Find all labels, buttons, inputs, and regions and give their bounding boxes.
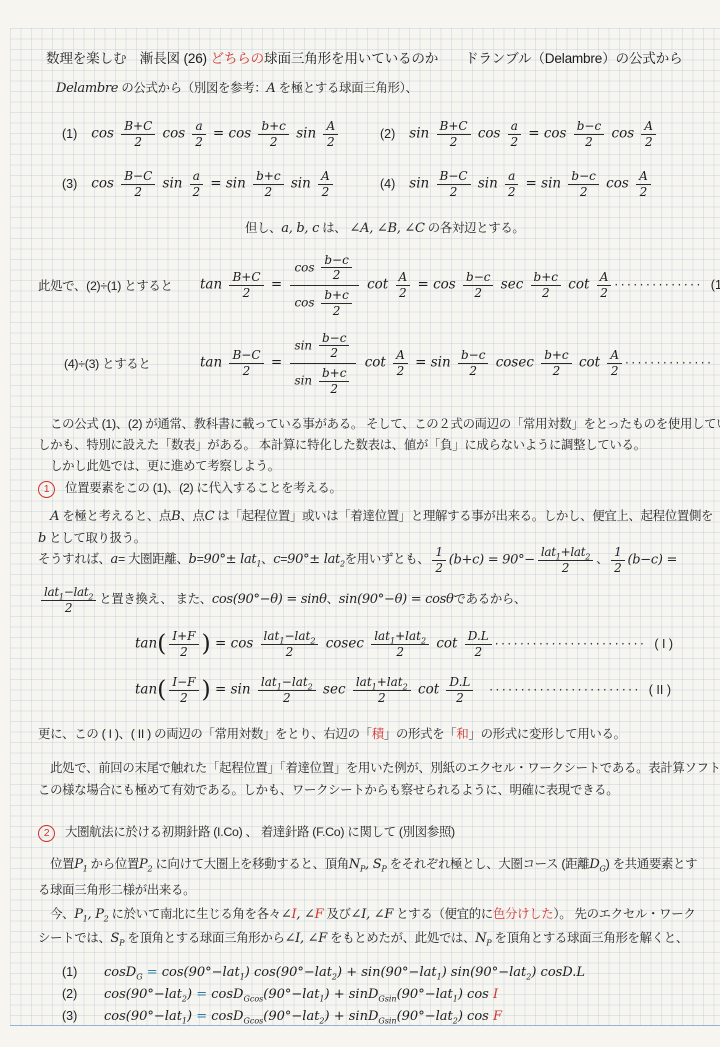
body-paragraph-line: この公式 (1)、(2) が通常、教科書に載っている事がある。 そして、この２式…: [38, 416, 720, 434]
body-paragraph-line: 位置P1 から位置P2 に向けて大圏上を移動すると、頂角NP, SP をそれぞれ…: [38, 856, 697, 875]
derive-body: tan B−C2 = sin b−c2sin b+c2 cot A2 = sin…: [200, 331, 625, 395]
side-note: 但し、a, b, c は、 ∠A, ∠B, ∠C の各対辺とする。: [245, 220, 525, 239]
nav-eq-II: tan(I−F2) = sin lat1−lat22 sec lat1+lat2…: [135, 668, 720, 712]
derive-body: tan B+C2 = cos b−c2cos b+c2 cot A2 = cos…: [200, 253, 614, 317]
body-paragraph-line: この様な場合にも極めて有効である。しかも、ワークシートからも察せられるように、明…: [38, 782, 618, 800]
derive-label: (4)÷(3) とすると: [38, 354, 200, 372]
paper-background: 数理を楽しむ 漸長図 (26) どちらの球面三角形を用いているのか ドランブル（…: [0, 0, 720, 1047]
eq-number: ( II ): [649, 683, 671, 697]
body-paragraph-line: シートでは、SP を頂角とする球面三角形から∠I, ∠F をもとめたが、此処では…: [38, 930, 688, 949]
eq-number: ( I ): [654, 637, 673, 651]
eq-number: (1): [711, 278, 720, 292]
body-paragraph-line: しかし此処では、更に進めて考察しよう。: [38, 458, 280, 476]
delambre-eq-4: (4) sin B−C2 sin a2 = sin b−c2 cos A2: [380, 162, 654, 206]
section-1-heading: 1 位置要素をこの (1)、(2) に代入することを考える。: [38, 480, 342, 498]
circled-number-2: 2: [38, 825, 55, 842]
eq-body: sin B+C2 cos a2 = cos b−c2 cos A2: [409, 120, 659, 148]
body-paragraph-line: る球面三角形二様が出来る。: [38, 882, 195, 900]
eq-body: sin B−C2 sin a2 = sin b−c2 cos A2: [409, 170, 653, 198]
eq-number: (3): [62, 1009, 90, 1023]
dotted-leader: ························: [495, 637, 647, 651]
eq-body: cosDG = cos(90°−lat1) cos(90°−lat2) + si…: [104, 965, 585, 980]
body-paragraph-line: 更に、この ( I )、( II ) の両辺の「常用対数」をとり、右辺の「積」の…: [38, 726, 626, 744]
nav-eq-I: tan(I+F2) = cos lat1−lat22 cosec lat1+la…: [135, 622, 720, 666]
section-2-text: 大圏航法に於ける初期針路 (I.Co) 、 着達針路 (F.Co) に関して (…: [65, 824, 455, 842]
eq-body: tan(I−F2) = sin lat1−lat22 sec lat1+lat2…: [135, 676, 476, 704]
eq-body: cos B+C2 cos a2 = cos b+c2 sin A2: [91, 120, 341, 148]
scanned-document-page: { "doc": { "title": "数理を楽しむ 漸長図 (26) [r]…: [0, 0, 720, 1047]
section-1-text: 位置要素をこの (1)、(2) に代入することを考える。: [65, 480, 342, 498]
dotted-leader: ··············: [614, 278, 702, 292]
final-eq-2: (2) cos(90°−lat2) = cosDGcos(90°−lat1) +…: [62, 984, 498, 1004]
derive-row-2: (4)÷(3) とすると tan B−C2 = sin b−c2sin b+c2…: [38, 328, 720, 398]
section-2-heading: 2 大圏航法に於ける初期針路 (I.Co) 、 着達針路 (F.Co) に関して…: [38, 824, 455, 842]
body-paragraph-line: A を極と考えると、点B、点C は「起程位置」或いは「着達位置」と理解する事が出…: [38, 508, 713, 527]
inline-math-line: lat1−lat22 と置き換え、 また、cos(90°−θ) = sinθ、 …: [38, 580, 720, 620]
final-eq-1: (1) cosDG = cos(90°−lat1) cos(90°−lat2) …: [62, 962, 585, 982]
eq-body: cos(90°−lat1) = cosDGcos(90°−lat2) + sin…: [104, 1009, 502, 1024]
page-title: 数理を楽しむ 漸長図 (26) どちらの球面三角形を用いているのか ドランブル（…: [46, 47, 682, 67]
delambre-eq-2: (2) sin B+C2 cos a2 = cos b−c2 cos A2: [380, 112, 659, 156]
final-eq-3: (3) cos(90°−lat1) = cosDGcos(90°−lat2) +…: [62, 1006, 502, 1026]
eq-number: (3): [62, 177, 77, 191]
eq-number: (1): [62, 127, 77, 141]
eq-body: cos(90°−lat2) = cosDGcos(90°−lat1) + sin…: [104, 987, 498, 1002]
dotted-leader: ··············: [625, 356, 713, 370]
derive-row-1: 此処で、(2)÷(1) とすると tan B+C2 = cos b−c2cos …: [38, 250, 720, 320]
delambre-eq-1: (1) cos B+C2 cos a2 = cos b+c2 sin A2: [62, 112, 341, 156]
circled-number-1: 1: [38, 481, 55, 498]
eq-number: (4): [380, 177, 395, 191]
eq-body: cos B−C2 sin a2 = sin b+c2 sin A2: [91, 170, 335, 198]
doc-subtitle: Delambre の公式から（別図を参考：A を極とする球面三角形）、: [56, 80, 418, 99]
derive-label: 此処で、(2)÷(1) とすると: [38, 276, 200, 294]
body-paragraph-line: 此処で、前回の末尾で触れた「起程位置」「着達位置」を用いた例が、別紙のエクセル・…: [38, 760, 720, 778]
eq-body: tan(I+F2) = cos lat1−lat22 cosec lat1+la…: [135, 630, 495, 658]
delambre-eq-3: (3) cos B−C2 sin a2 = sin b+c2 sin A2: [62, 162, 336, 206]
eq-number: (2): [380, 127, 395, 141]
eq-number: (2): [62, 987, 90, 1001]
inline-math-line: そうすれば、 a = 大圏距離、 b = 90°± lat1 、 c = 90°…: [38, 540, 720, 580]
dotted-leader: ························: [489, 683, 641, 697]
eq-number: (1): [62, 965, 90, 979]
body-paragraph-line: しかも、特別に設えた「数表」がある。 本計算に特化した数表は、値が「負」に成らな…: [38, 437, 646, 455]
body-paragraph-line: 今、P1, P2 に於いて南北に生じる角を各々∠I, ∠F 及び∠I, ∠F と…: [38, 906, 695, 925]
